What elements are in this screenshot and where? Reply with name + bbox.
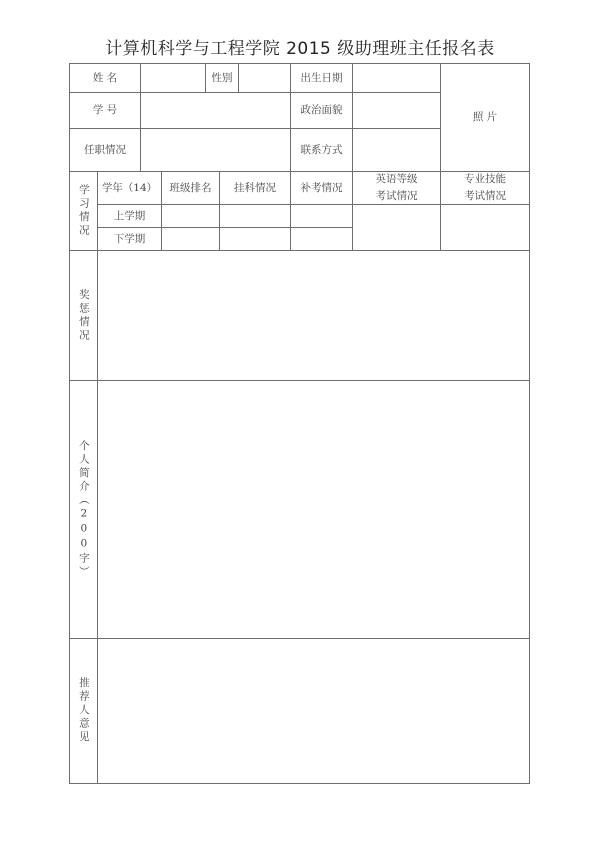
study-header-skill: 专业技能 考试情况: [440, 171, 530, 205]
name-label: 姓 名: [69, 63, 141, 93]
term-1-failed-field[interactable]: [219, 204, 291, 228]
term-2-makeup-field[interactable]: [290, 227, 353, 251]
recommend-field[interactable]: [97, 638, 530, 784]
awards-field[interactable]: [97, 250, 530, 381]
political-status-field[interactable]: [352, 92, 441, 129]
study-header-english: 英语等级 考试情况: [352, 171, 441, 205]
study-header-makeup: 补考情况: [290, 171, 353, 205]
term-1-makeup-field[interactable]: [290, 204, 353, 228]
recommend-label: 推荐人意见: [69, 638, 98, 784]
position-label: 任职情况: [69, 128, 141, 172]
term-2-rank-field[interactable]: [161, 227, 220, 251]
study-header-rank: 班级排名: [161, 171, 220, 205]
term-1-label: 上学期: [97, 204, 162, 228]
birth-date-field[interactable]: [352, 63, 441, 93]
gender-field[interactable]: [238, 63, 291, 93]
political-status-label: 政治面貌: [290, 92, 353, 129]
intro-field[interactable]: [97, 380, 530, 639]
term-2-label: 下学期: [97, 227, 162, 251]
contact-label: 联系方式: [290, 128, 353, 172]
student-id-label: 学 号: [69, 92, 141, 129]
position-field[interactable]: [140, 128, 291, 172]
english-exam-field[interactable]: [352, 204, 441, 251]
contact-field[interactable]: [352, 128, 441, 172]
study-header-year: 学年（14）: [97, 171, 162, 205]
birth-date-label: 出生日期: [290, 63, 353, 93]
skill-exam-field[interactable]: [440, 204, 530, 251]
term-2-failed-field[interactable]: [219, 227, 291, 251]
study-section-label: 学习情况: [69, 171, 98, 251]
name-field[interactable]: [140, 63, 206, 93]
intro-label: 个人简介（200字）: [69, 380, 98, 639]
term-1-rank-field[interactable]: [161, 204, 220, 228]
gender-label: 性别: [205, 63, 239, 93]
awards-label: 奖惩情况: [69, 250, 98, 381]
student-id-field[interactable]: [140, 92, 291, 129]
study-header-failed: 挂科情况: [219, 171, 291, 205]
form-title: 计算机科学与工程学院 2015 级助理班主任报名表: [0, 34, 600, 59]
photo-box[interactable]: 照 片: [440, 63, 530, 172]
photo-label: 照 片: [473, 109, 497, 126]
